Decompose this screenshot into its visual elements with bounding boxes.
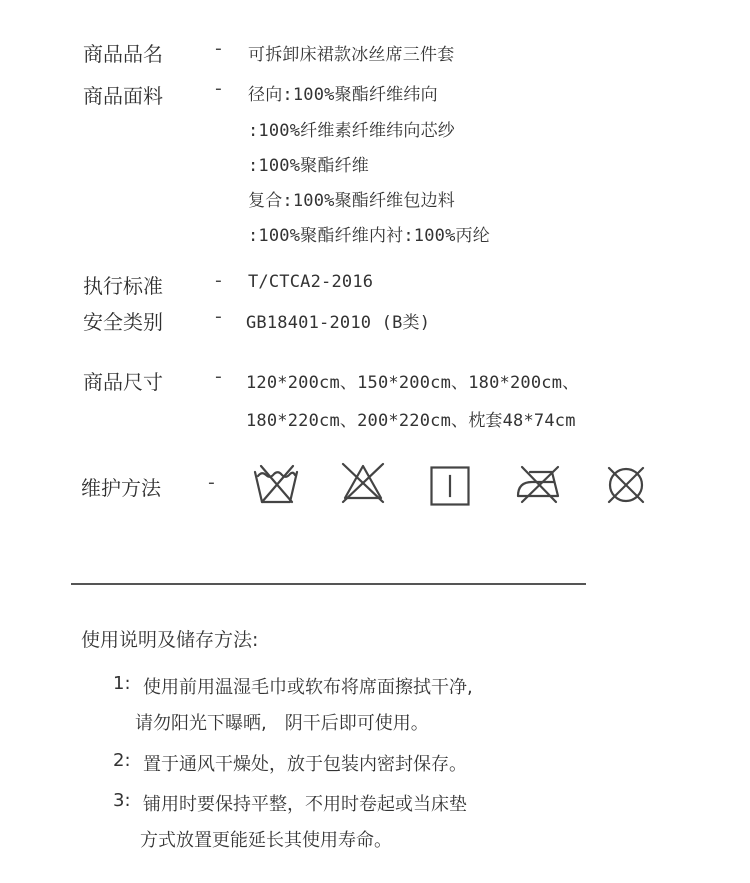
spec-value-name: 可拆卸床裙款冰丝席三件套 — [248, 40, 454, 65]
spec-dash: - — [206, 474, 217, 494]
do-not-iron-icon — [516, 464, 564, 504]
spec-label-fabric: 商品面料 — [83, 80, 163, 109]
section-divider — [71, 583, 586, 585]
spec-value-safety: GB18401-2010 (B类) — [246, 308, 430, 333]
do-not-bleach-icon — [341, 462, 385, 504]
spec-dash: - — [213, 272, 224, 292]
spec-dash: - — [213, 368, 224, 388]
spec-value-fabric-line: :100%聚酯纤维 — [248, 151, 369, 176]
spec-value-fabric-line: :100%纤维素纤维纬向芯纱 — [248, 116, 455, 141]
spec-value-fabric-line: 径向:100%聚酯纤维纬向 — [248, 80, 438, 105]
do-not-wash-icon — [252, 464, 300, 504]
spec-label-safety: 安全类别 — [83, 306, 163, 335]
spec-dash: - — [213, 40, 224, 60]
line-dry-icon — [430, 466, 470, 506]
usage-item-number: 1: — [113, 673, 131, 694]
spec-label-name: 商品品名 — [83, 38, 163, 67]
usage-item-line: 置于通风干燥处，放于包装内密封保存。 — [143, 750, 467, 776]
spec-value-fabric-line: :100%聚酯纤维内衬:100%丙纶 — [248, 221, 490, 246]
usage-item-line: 铺用时要保持平整，不用时卷起或当床垫 — [143, 790, 467, 816]
spec-value-size-line: 120*200cm、150*200cm、180*200cm、 — [246, 368, 579, 393]
do-not-tumble-dry-icon — [605, 464, 647, 506]
spec-dash: - — [213, 80, 224, 100]
spec-label-size: 商品尺寸 — [83, 366, 163, 395]
spec-value-fabric-line: 复合:100%聚酯纤维包边料 — [248, 186, 455, 211]
usage-title: 使用说明及储存方法: — [81, 625, 258, 652]
usage-item-line: 方式放置更能延长其使用寿命。 — [140, 826, 392, 852]
spec-value-size-line: 180*220cm、200*220cm、枕套48*74cm — [246, 406, 576, 431]
spec-value-standard: T/CTCA2-2016 — [248, 272, 373, 292]
spec-label-standard: 执行标准 — [83, 270, 163, 299]
usage-item-number: 2: — [113, 750, 131, 771]
usage-item-number: 3: — [113, 790, 131, 811]
usage-item-line: 使用前用温湿毛巾或软布将席面擦拭干净, — [143, 673, 473, 699]
spec-dash: - — [213, 308, 224, 328]
spec-label-care: 维护方法 — [81, 472, 161, 501]
usage-item-line: 请勿阳光下曝晒, 阴干后即可使用。 — [135, 709, 429, 735]
